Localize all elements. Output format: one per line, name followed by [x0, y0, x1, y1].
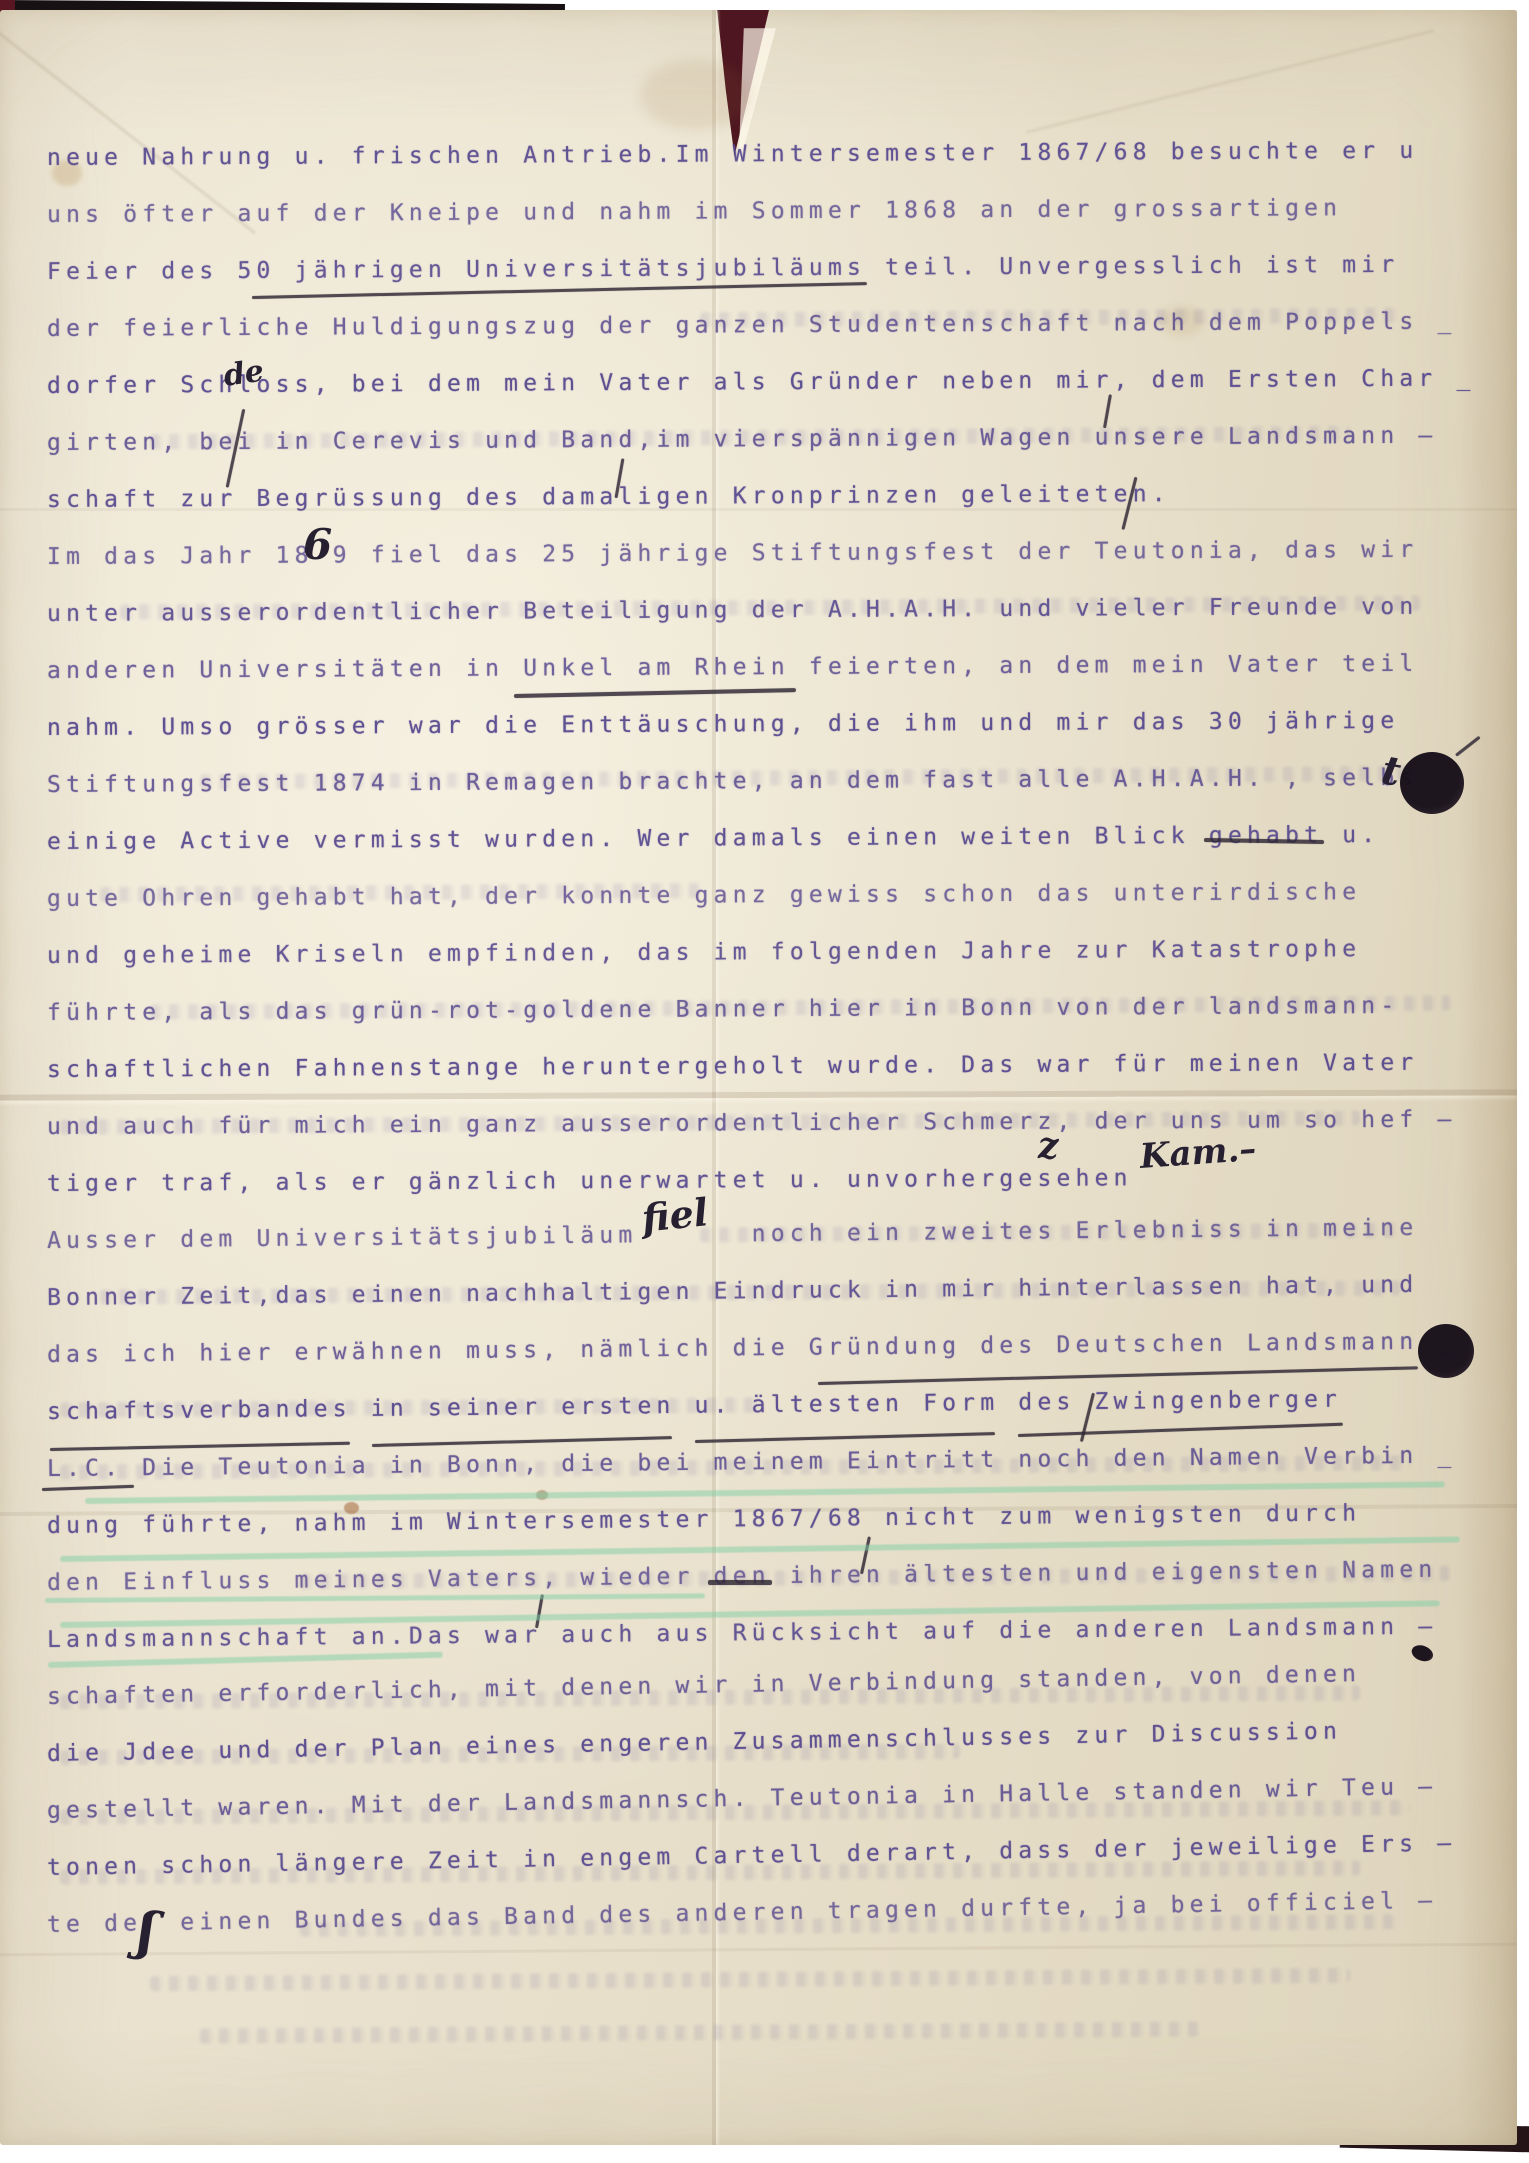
typed-line: das ich hier erwähnen muss, nämlich die …	[47, 1327, 1457, 1369]
typed-line: dung führte, nahm im Wintersemester 1867…	[47, 1499, 1361, 1540]
pen-underline-schaftsverbandes	[50, 1442, 350, 1451]
stain-spot	[640, 60, 750, 130]
typed-line: und geheime Kriseln empfinden, das im fo…	[47, 935, 1361, 970]
typed-line: Feier des 50 jährigen Universitätsjubilä…	[47, 251, 1399, 286]
typed-line: tiger traf, als er gänzlich unerwartet u…	[47, 1164, 1133, 1198]
typed-line: einige Active vermisst wurden. Wer damal…	[47, 821, 1380, 856]
handwriting-kam: Kam.–	[1139, 1132, 1257, 1174]
typed-line: den Einfluss meines Vaters, wieder den i…	[47, 1556, 1438, 1597]
stain-spot	[536, 1490, 548, 1500]
typed-line: schaftsverbandes in seiner ersten u. ält…	[47, 1386, 1342, 1426]
fold-horizontal-4	[0, 1943, 1517, 1957]
wrinkle-top-right	[1026, 29, 1434, 134]
typed-line: und auch für mich ein ganz ausserordentl…	[47, 1106, 1457, 1141]
ink-smudge-landsmann-2	[1409, 1642, 1435, 1664]
scanned-page-screenshot: neue Nahrung u. frischen Antrieb.Im Wint…	[0, 0, 1529, 2163]
shade-right-column	[1458, 10, 1517, 2145]
document-scan: neue Nahrung u. frischen Antrieb.Im Wint…	[0, 10, 1517, 2145]
typed-line: schaftlichen Fahnenstange heruntergeholt…	[47, 1049, 1419, 1084]
typed-line: girten, bei in Cerevis und Band,im viers…	[47, 422, 1438, 457]
fold-horizontal-2	[0, 1089, 1517, 1100]
pen-underline-in-seiner-ersten	[372, 1436, 672, 1447]
pen-underline-unkel-am-rhein	[514, 688, 796, 698]
typed-line: Landsmannschaft an.Das war auch aus Rück…	[47, 1613, 1438, 1654]
typed-line: anderen Universitäten in Unkel am Rhein …	[47, 650, 1419, 685]
pen-underline-des-zwingenberger	[1018, 1423, 1343, 1437]
typed-line: Ausser dem Universitätsjubiläum noch ein…	[47, 1214, 1419, 1255]
pen-underline-universitaetsjubilaeums	[252, 282, 867, 299]
typed-line: unter ausserordentlicher Beteiligung der…	[47, 593, 1419, 628]
pen-underline-gruendung-des-deutschen	[818, 1366, 1418, 1385]
pen-underline-u-aeltesten-form	[695, 1432, 995, 1443]
typed-line: neue Nahrung u. frischen Antrieb.Im Wint…	[47, 137, 1419, 172]
typed-line: schaft zur Begrüssung des damaligen Kron…	[47, 480, 1171, 514]
typed-line: Bonner Zeit,das einen nachhaltigen Eindr…	[47, 1271, 1419, 1312]
bleed-through-text	[150, 1968, 1350, 1991]
typed-line: der feierliche Huldigungszug der ganzen …	[47, 308, 1457, 343]
highlighter-stroke-5	[48, 1652, 443, 1668]
pen-underline-lc	[42, 1485, 134, 1491]
typed-line: uns öfter auf der Kneipe und nahm im Som…	[47, 194, 1342, 229]
ink-blot-tail	[1455, 736, 1480, 757]
typed-line: L.C. Die Teutonia in Bonn, die bei meine…	[47, 1441, 1457, 1483]
typed-line: Stiftungsfest 1874 in Remagen brachte, a…	[47, 764, 1419, 799]
typed-line: führte, als das grün-rot-goldene Banner …	[47, 992, 1399, 1027]
typed-line: nahm. Umso grösser war die Enttäuschung,…	[47, 707, 1399, 742]
paper-tear-notch	[697, 10, 769, 156]
typed-line: Im das Jahr 18 9 fiel das 25 jährige Sti…	[47, 536, 1419, 571]
bleed-through-text	[200, 2022, 1200, 2044]
typed-line: gute Ohren gehabt hat, der konnte ganz g…	[47, 878, 1361, 913]
typed-line: dorfer Schloss, bei dem mein Vater als G…	[47, 365, 1476, 400]
